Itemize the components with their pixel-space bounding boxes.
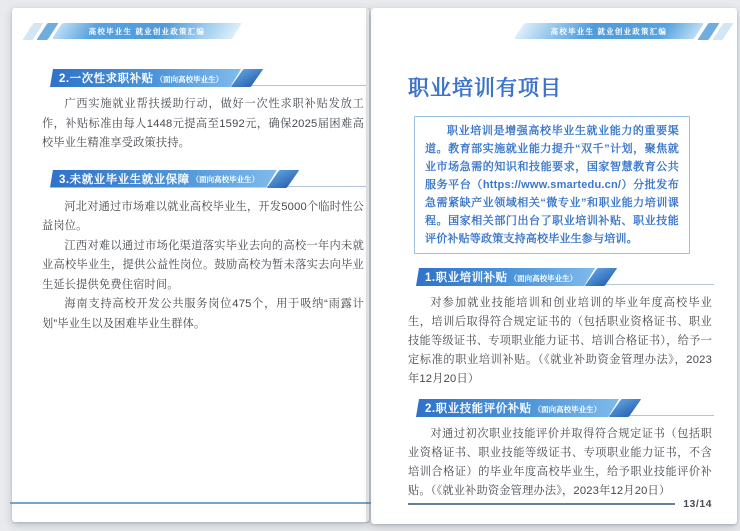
section-header-2: 2.职业技能评价补贴 （面向高校毕业生） <box>416 399 712 417</box>
section-title: 2.一次性求职补贴 <box>59 70 154 86</box>
footer-rule <box>408 503 675 505</box>
paragraph: 海南支持高校开发公共服务岗位475个，用于吸纳“雨露计划”毕业生以及困难毕业生群… <box>42 295 364 334</box>
paragraph: 江西对难以通过市场化渠道落实毕业去向的高校一年内未就业高校毕业生，提供公益性岗位… <box>42 237 364 296</box>
paragraph: 河北对通过市场难以就业高校毕业生，开发5000个临时性公益岗位。 <box>42 198 364 237</box>
section-audience: （面向高校毕业生） <box>534 402 602 415</box>
section-header-2: 2.一次性求职补贴 （面向高校毕业生） <box>50 69 364 87</box>
section-title: 3.未就业毕业生就业保障 <box>59 171 190 187</box>
left-page: 高校毕业生 就业创业政策汇编 2.一次性求职补贴 （面向高校毕业生） 广西实施就… <box>12 8 369 522</box>
paragraph: 对参加就业技能培训和创业培训的毕业年度高校毕业生，培训后取得符合规定证书的（包括… <box>408 294 712 389</box>
book-spine-shadow <box>366 8 374 523</box>
section-bar: 3.未就业毕业生就业保障 （面向高校毕业生） <box>50 170 277 188</box>
section-bar: 2.一次性求职补贴 （面向高校毕业生） <box>50 69 241 87</box>
footer-rule <box>10 502 371 504</box>
intro-box: 职业培训是增强高校毕业生就业能力的重要渠道。教育部实施就业能力提升“双千”计划，… <box>414 116 690 254</box>
paragraph: 对通过初次职业技能评价并取得符合规定证书（包括职业资格证书、职业技能等级证书、专… <box>408 425 712 501</box>
right-page: 高校毕业生 就业创业政策汇编 职业培训有项目 职业培训是增强高校毕业生就业能力的… <box>371 8 737 524</box>
section-audience: （面向高校毕业生） <box>192 172 260 185</box>
page-header-banner: 高校毕业生 就业创业政策汇编 <box>28 22 364 40</box>
page-header-banner: 高校毕业生 就业创业政策汇编 <box>408 22 728 40</box>
page-number: 13/14 <box>683 498 712 510</box>
banner-bar: 高校毕业生 就业创业政策汇编 <box>52 23 242 39</box>
intro-text: 职业培训是增强高校毕业生就业能力的重要渠道。教育部实施就业能力提升“双千”计划，… <box>425 122 679 248</box>
section-title: 1.职业培训补贴 <box>425 269 508 285</box>
section-audience: （面向高校毕业生） <box>156 72 224 85</box>
page-title: 职业培训有项目 <box>408 72 712 102</box>
banner-bar: 高校毕业生 就业创业政策汇编 <box>514 23 704 39</box>
footer: 13/14 <box>408 498 712 510</box>
banner-title: 高校毕业生 就业创业政策汇编 <box>551 26 667 37</box>
banner-title: 高校毕业生 就业创业政策汇编 <box>89 26 205 37</box>
section-bar: 1.职业培训补贴 （面向高校毕业生） <box>416 268 595 286</box>
section-audience: （面向高校毕业生） <box>510 271 578 284</box>
section-header-3: 3.未就业毕业生就业保障 （面向高校毕业生） <box>50 170 364 188</box>
section-title: 2.职业技能评价补贴 <box>425 400 532 416</box>
section-bar: 2.职业技能评价补贴 （面向高校毕业生） <box>416 399 619 417</box>
section-header-1: 1.职业培训补贴 （面向高校毕业生） <box>416 268 712 286</box>
paragraph: 广西实施就业帮扶援助行动，做好一次性求职补贴发放工作，补贴标准由每人1448元提… <box>42 95 364 154</box>
